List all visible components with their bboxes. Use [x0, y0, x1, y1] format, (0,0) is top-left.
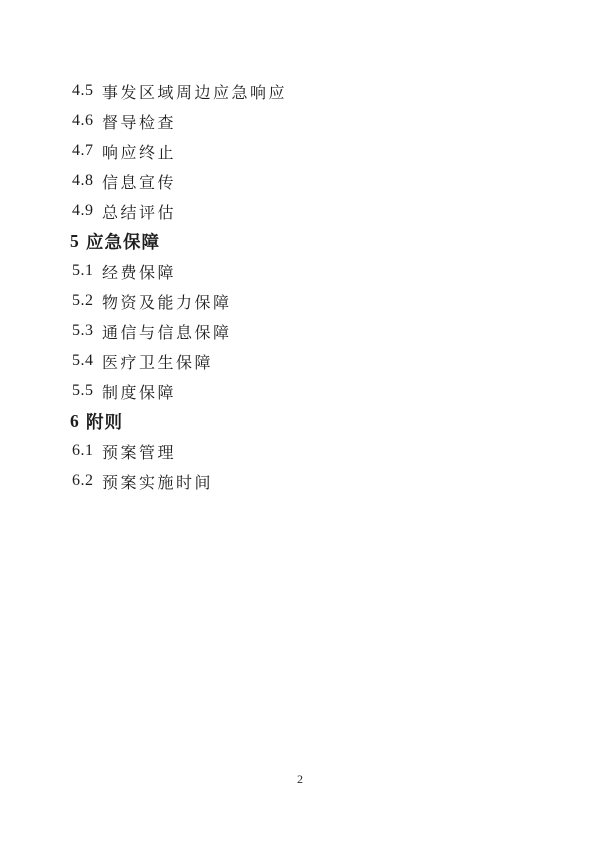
toc-entry: 5.4 医疗卫生保障: [72, 346, 560, 376]
toc-entry-number: 5.3: [72, 322, 102, 340]
toc-entry-number: 4.8: [72, 172, 102, 190]
toc-entry-number: 5.1: [72, 262, 102, 280]
toc-entry-label: 信息宣传: [102, 170, 176, 193]
toc-entry-label: 附则: [86, 409, 123, 434]
toc-entry-number: 5.2: [72, 292, 102, 310]
toc-entry: 5.1 经费保障: [72, 256, 560, 286]
toc-entry-number: 4.7: [72, 142, 102, 160]
toc-entry-label: 应急保障: [86, 229, 160, 254]
toc-entry-number: 4.5: [72, 82, 102, 100]
toc-entry: 4.6 督导检查: [72, 106, 560, 136]
toc-entry-label: 制度保障: [102, 380, 176, 403]
toc-entry: 4.5 事发区域周边应急响应: [72, 76, 560, 106]
toc-entry-number: 6.2: [72, 472, 102, 490]
toc-entry-label: 督导检查: [102, 110, 176, 133]
toc-entry-label: 医疗卫生保障: [102, 350, 213, 373]
toc-entry-number: 4.6: [72, 112, 102, 130]
toc-entry: 6.1 预案管理: [72, 436, 560, 466]
toc-entry-label: 总结评估: [102, 200, 176, 223]
toc-entry: 4.8 信息宣传: [72, 166, 560, 196]
toc-entry: 6.2 预案实施时间: [72, 466, 560, 496]
toc-entry: 5.3 通信与信息保障: [72, 316, 560, 346]
toc-entry: 6 附则: [70, 406, 560, 436]
toc-entry-number: 6: [70, 411, 86, 432]
toc-entry-number: 5: [70, 231, 86, 252]
toc-entry-number: 5.5: [72, 382, 102, 400]
toc-list: 4.5 事发区域周边应急响应 4.6 督导检查 4.7 响应终止 4.8 信息宣…: [72, 76, 560, 496]
toc-entry: 5 应急保障: [70, 226, 560, 256]
toc-entry: 4.7 响应终止: [72, 136, 560, 166]
toc-entry-label: 预案实施时间: [102, 470, 213, 493]
toc-entry-number: 5.4: [72, 352, 102, 370]
toc-entry-number: 4.9: [72, 202, 102, 220]
page-number: 2: [0, 772, 600, 787]
toc-entry-label: 物资及能力保障: [102, 290, 232, 313]
toc-entry-number: 6.1: [72, 442, 102, 460]
toc-entry-label: 事发区域周边应急响应: [102, 80, 287, 103]
toc-entry-label: 响应终止: [102, 140, 176, 163]
toc-entry-label: 预案管理: [102, 440, 176, 463]
toc-entry: 4.9 总结评估: [72, 196, 560, 226]
toc-entry-label: 经费保障: [102, 260, 176, 283]
document-page: { "page": { "background_color": "#ffffff…: [0, 0, 600, 848]
toc-entry: 5.2 物资及能力保障: [72, 286, 560, 316]
toc-entry: 5.5 制度保障: [72, 376, 560, 406]
toc-entry-label: 通信与信息保障: [102, 320, 232, 343]
